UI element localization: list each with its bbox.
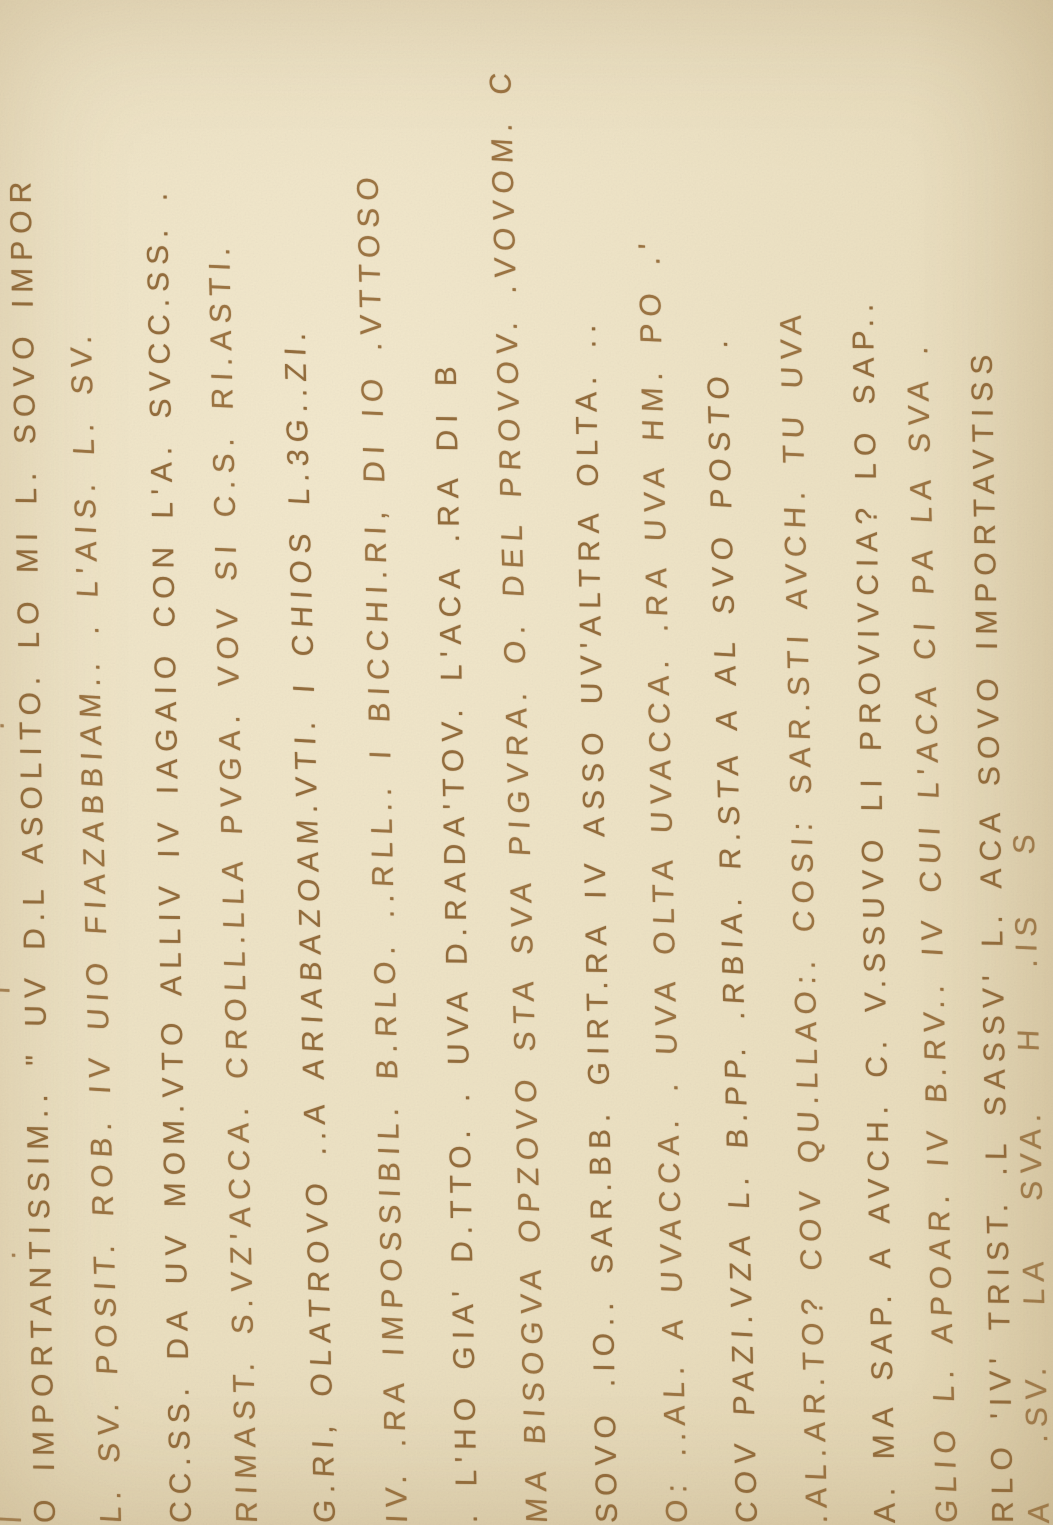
handwritten-line: RIMAST. S.VZ'ACCA. CROLL.LLA PVGA. VOV S… (202, 239, 266, 1523)
handwritten-line: G.RI, OLATROVO ..A ARIABAZOAM.VTI. I CHI… (278, 324, 344, 1524)
handwritten-line: A. MA SAP. A AVCH. C. V.SSUVO LI PROVIVC… (846, 296, 904, 1523)
handwritten-line: CC.SS. DA UV MOM.VTO ALLIV IV IAGAIO CON… (139, 186, 200, 1524)
handwritten-line: GLIO L. APOAR. IV B.RV.. IV CUI L'ACA CI… (900, 338, 966, 1524)
handwritten-line: COV PAZI.VZA L. B.PP. .RBIA. R.STA A AL … (700, 332, 766, 1524)
manuscript-page-photo: l . l . 3O IMPORTANTISSIM.. " UV D.L ASO… (0, 0, 1053, 1525)
handwritten-line: MA BISOGVA OPZOVO STA SVA PIGVRA. O. DEL… (483, 65, 556, 1524)
handwritten-line: . L'HO GIA' D.TTO. . UVA D.RADA'TOV. L'A… (429, 359, 486, 1523)
handwritten-line: O: ..AL. A UVACCA. . UVA OLTA UVACCA. .R… (632, 236, 696, 1524)
handwritten-text-block: l . l . 3O IMPORTANTISSIM.. " UV D.L ASO… (0, 0, 1053, 1525)
handwritten-line: SOVO .IO.. SAR.BB. GIRT.RA IV ASSO UV'AL… (568, 317, 626, 1523)
handwritten-line: .AL.AR.TO? COV QU.LLAO:. COSI: SAR.STI A… (773, 307, 836, 1524)
handwritten-line: IV. .RA IMPOSSIBIL. B.RLO. ..RLL.. I BIC… (350, 170, 416, 1524)
handwritten-line: L. SV. POSIT. ROB. IV UIO FIAZABBIAM.. .… (64, 327, 130, 1524)
